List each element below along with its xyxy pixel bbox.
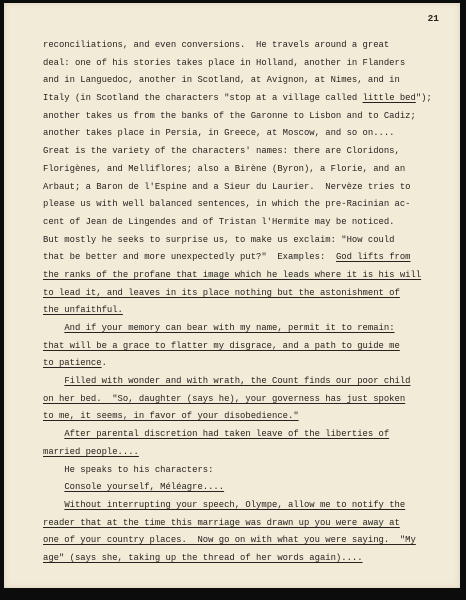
underlined-quote-text: one of your country places. Now go on wi… — [43, 535, 416, 545]
text-line: to lead it, and leaves in its place noth… — [43, 285, 432, 303]
underlined-quote-text: the unfaithful. — [43, 305, 123, 315]
text-line: Arbaut; a Baron de l'Espine and a Sieur … — [43, 179, 432, 197]
text-line: please us with well balanced sentences, … — [43, 196, 432, 214]
text-segment: He speaks to his characters: — [43, 465, 213, 475]
text-line: He speaks to his characters: — [43, 462, 432, 480]
text-line: Florigènes, and Melliflores; also a Birè… — [43, 161, 432, 179]
text-line: the unfaithful. — [43, 302, 432, 320]
text-line: married people.... — [43, 444, 432, 462]
text-line: cent of Jean de Lingendes and of Tristan… — [43, 214, 432, 232]
text-line: the ranks of the profane that image whic… — [43, 267, 432, 285]
underlined-quote-text: God lifts from — [336, 252, 411, 262]
text-line: Without interrupting your speech, Olympe… — [43, 497, 432, 515]
text-line: reconciliations, and even conversions. H… — [43, 37, 432, 55]
text-line: to me, it seems, in favor of your disobe… — [43, 408, 432, 426]
underlined-quote-text: Filled with wonder and with wrath, the C… — [64, 376, 410, 386]
underlined-quote-text: to lead it, and leaves in its place noth… — [43, 288, 400, 298]
text-segment: Great is the variety of the characters' … — [43, 146, 400, 156]
text-line: After parental discretion had taken leav… — [43, 426, 432, 444]
text-segment — [43, 323, 64, 333]
text-line: deal: one of his stories takes place in … — [43, 55, 432, 73]
underlined-quote-text: And if your memory can bear with my name… — [64, 323, 394, 333]
text-segment: Italy (in Scotland the characters "stop … — [43, 93, 363, 103]
text-segment: Arbaut; a Baron de l'Espine and a Sieur … — [43, 182, 411, 192]
text-segment: that be better and more unexpectedly put… — [43, 252, 336, 262]
underlined-quote-text: on her bed. "So, daughter (says he), you… — [43, 394, 405, 404]
text-segment — [43, 500, 64, 510]
underlined-quote-text: little bed — [363, 93, 416, 103]
underlined-quote-text: the ranks of the profane that image whic… — [43, 270, 421, 280]
text-segment: reconciliations, and even conversions. H… — [43, 40, 389, 50]
underlined-quote-text: married people.... — [43, 447, 139, 457]
text-line: to patience. — [43, 355, 432, 373]
text-segment — [43, 376, 64, 386]
underlined-quote-text: Without interrupting your speech, Olympe… — [64, 500, 405, 510]
text-line: But mostly he seeks to surprise us, to m… — [43, 232, 432, 250]
underlined-quote-text: to patience — [43, 358, 102, 368]
text-line: reader that at the time this marriage wa… — [43, 515, 432, 533]
typewritten-page: 21 reconciliations, and even conversions… — [4, 3, 460, 588]
text-segment: deal: one of his stories takes place in … — [43, 58, 405, 68]
text-line: And if your memory can bear with my name… — [43, 320, 432, 338]
text-segment: "); — [416, 93, 432, 103]
page-body-text: reconciliations, and even conversions. H… — [43, 37, 432, 568]
text-line: Great is the variety of the characters' … — [43, 143, 432, 161]
underlined-quote-text: reader that at the time this marriage wa… — [43, 518, 400, 528]
page-number: 21 — [428, 13, 439, 24]
underlined-quote-text: age" (says she, taking up the thread of … — [43, 553, 363, 563]
text-segment: another takes place in Persia, in Greece… — [43, 128, 395, 138]
text-segment — [43, 429, 64, 439]
text-segment: please us with well balanced sentences, … — [43, 199, 411, 209]
text-line: one of your country places. Now go on wi… — [43, 532, 432, 550]
text-segment: Florigènes, and Melliflores; also a Birè… — [43, 164, 405, 174]
text-line: another takes place in Persia, in Greece… — [43, 125, 432, 143]
text-line: Italy (in Scotland the characters "stop … — [43, 90, 432, 108]
underlined-quote-text: Console yourself, Méléagre.... — [64, 482, 224, 492]
text-line: and in Languedoc, another in Scotland, a… — [43, 72, 432, 90]
text-segment: But mostly he seeks to surprise us, to m… — [43, 235, 395, 245]
text-segment — [43, 482, 64, 492]
underlined-quote-text: to me, it seems, in favor of your disobe… — [43, 411, 299, 421]
text-line: Console yourself, Méléagre.... — [43, 479, 432, 497]
text-segment: and in Languedoc, another in Scotland, a… — [43, 75, 400, 85]
text-segment: another takes us from the banks of the G… — [43, 111, 416, 121]
underlined-quote-text: After parental discretion had taken leav… — [64, 429, 389, 439]
text-line: Filled with wonder and with wrath, the C… — [43, 373, 432, 391]
text-line: another takes us from the banks of the G… — [43, 108, 432, 126]
text-line: that be better and more unexpectedly put… — [43, 249, 432, 267]
text-segment: . — [102, 358, 107, 368]
text-line: on her bed. "So, daughter (says he), you… — [43, 391, 432, 409]
text-segment: cent of Jean de Lingendes and of Tristan… — [43, 217, 395, 227]
text-line: that will be a grace to flatter my disgr… — [43, 338, 432, 356]
text-line: age" (says she, taking up the thread of … — [43, 550, 432, 568]
underlined-quote-text: that will be a grace to flatter my disgr… — [43, 341, 400, 351]
